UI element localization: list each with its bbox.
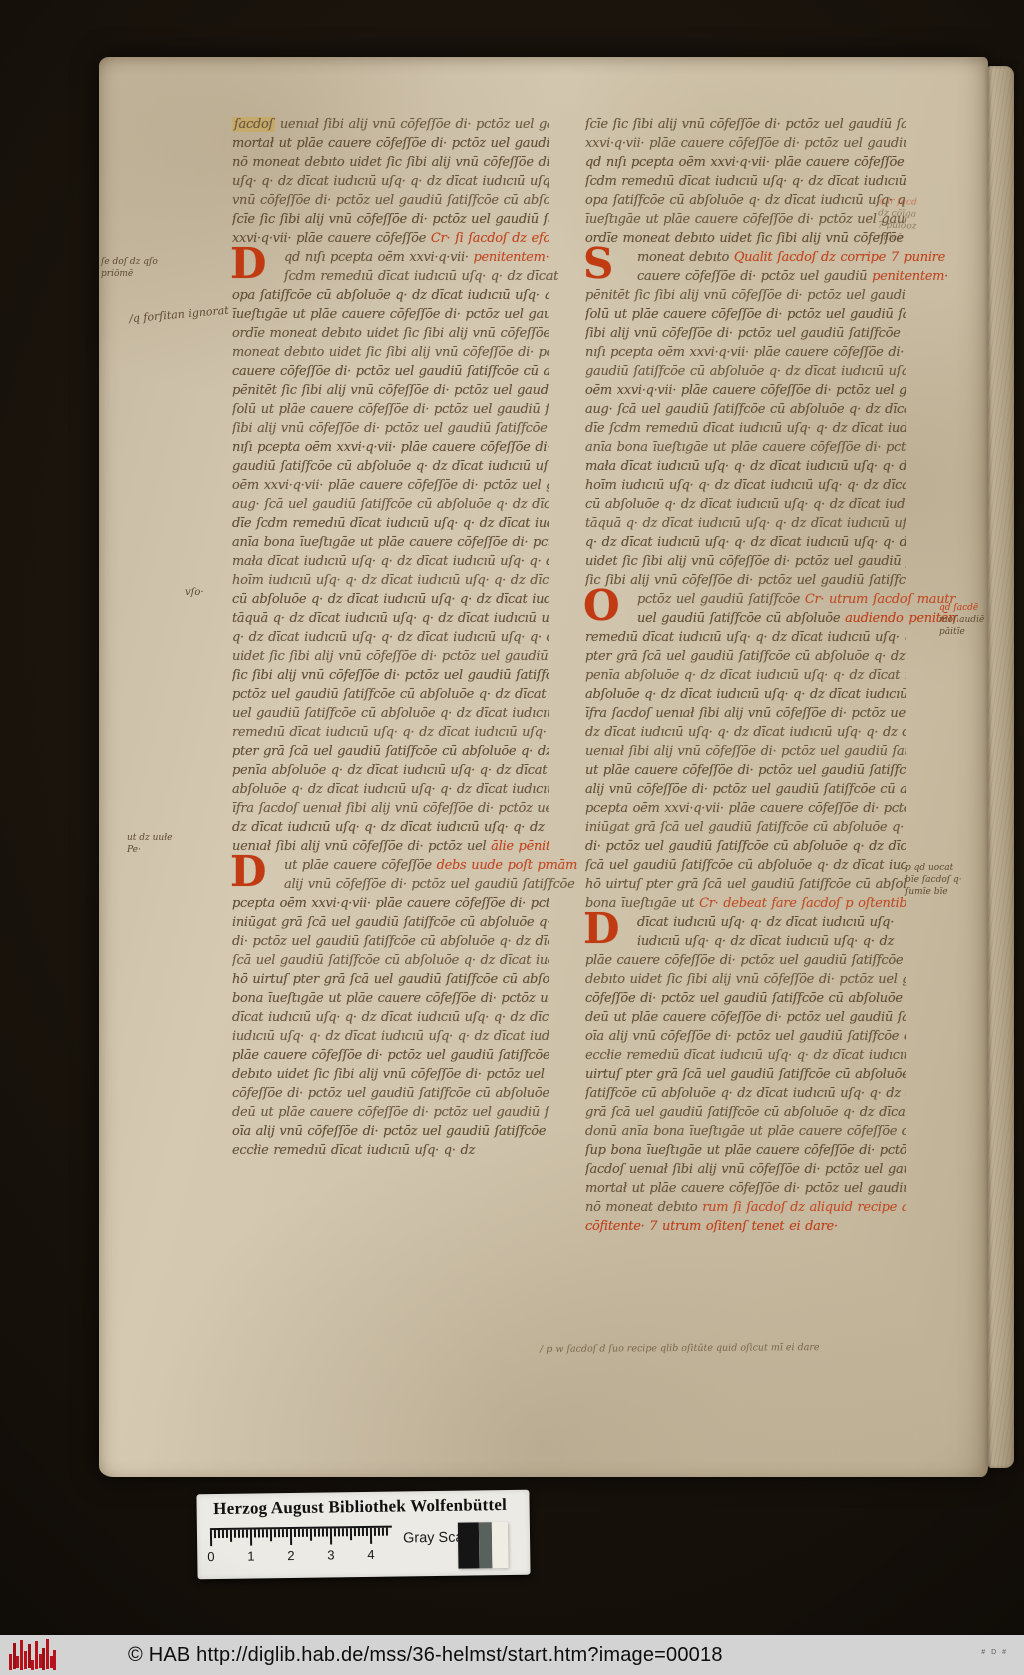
photo-backdrop: ſacdoſ uenıał ſibi alij vnū cōfeſſōe di·… (0, 0, 1024, 1635)
ruler-tick (322, 1529, 324, 1537)
script-line: debıto uidet ſic ſibi alij vnū cōfeſſōe … (232, 1065, 549, 1084)
ruler-tick (318, 1529, 320, 1537)
ruler-tick (374, 1528, 376, 1536)
script-line: bona īueſtıgāe ut Cr· debeat fare ſacdoſ… (585, 894, 906, 913)
rubric-text: penitentem· (872, 269, 948, 284)
script-line: iniūgat grā ſcā uel gaudiū ſatiſfcōe cū … (232, 913, 549, 932)
script-line: uenıał ſibi alij vnū cōfeſſōe di· pctōz … (585, 742, 906, 761)
script-line: pter grā ſcā uel gaudiū ſatiſfcōe cū abſ… (585, 647, 906, 666)
script-line: nō moneat debıto rum ſi ſacdoſ dz aliqui… (585, 1198, 906, 1217)
ruler-tick (234, 1530, 236, 1538)
rubric-text: Cr· ſi ſacdoſ dz eforate (431, 231, 549, 246)
ruler: 01234 (210, 1526, 392, 1565)
script-line: ſcīe ſic ſibi alij vnū cōfeſſōe di· pctō… (585, 115, 906, 134)
script-line: ut plāe cauere cōfeſſōe debs uude poſt p… (232, 856, 601, 875)
script-line: ſcā uel gaudiū ſatiſfcōe cū abſoluōe q· … (232, 951, 549, 970)
logo-bar (28, 1644, 31, 1668)
script-line: uel gaudiū ſatiſfcōe cū abſoluōe q· dz d… (232, 704, 549, 723)
rubric-text: ālie pēnitoſ (491, 839, 549, 854)
script-line: īueſtıgāe ut plāe cauere cōfeſſōe di· pc… (585, 210, 906, 229)
ruler-number: 4 (367, 1547, 374, 1562)
ruler-tick (274, 1529, 276, 1537)
gray-scale-step (479, 1522, 493, 1568)
script-line: qd nıſı pcepta oēm xxvi·q·vii· penitente… (232, 248, 601, 267)
script-line: cōfitente· 7 utrum oſitenſ tenet ei dare… (585, 1217, 906, 1236)
script-line: ſcdm remedıū dīcat iudıcıū uſq· q· dz dī… (585, 172, 906, 191)
script-line: ſup bona īueſtıgāe ut plāe cauere cōfeſſ… (585, 1141, 906, 1160)
script-line: tāquā q· dz dīcat iudıcıū uſq· q· dz dīc… (585, 514, 906, 533)
script-line: iudıcıū uſq· q· dz dīcat iudıcıū uſq· q·… (232, 1027, 549, 1046)
script-line: pter grā ſcā uel gaudiū ſatiſfcōe cū abſ… (232, 742, 549, 761)
ruler-tick (326, 1529, 328, 1537)
script-line: ſatiſfcōe cū abſoluōe q· dz dīcat iudıcı… (585, 1084, 906, 1103)
ruler-tick (258, 1529, 260, 1537)
script-line: alij vnū cōfeſſōe di· pctōz uel gaudiū ſ… (585, 780, 906, 799)
color-scale-card: Herzog August Bibliothek Wolfenbüttel 01… (196, 1490, 530, 1580)
rubric-text: Qualit ſacdoſ dz corripe 7 punire (734, 250, 945, 265)
script-line: mała dīcat iudıcıū uſq· q· dz dīcat iudı… (232, 552, 549, 571)
script-line: cōfeſſōe di· pctōz uel gaudiū ſatiſfcōe … (232, 1084, 549, 1103)
script-line: dīe ſcdm remedıū dīcat iudıcıū uſq· q· d… (585, 419, 906, 438)
marginal-note: ut dz uułePe· (127, 833, 172, 857)
script-line: pctōz uel gaudiū ſatiſfcōe cū abſoluōe q… (232, 685, 549, 704)
script-line: eccłie remedıū dīcat iudıcıū uſq· q· dz (232, 1141, 549, 1160)
script-line: moneat debıto Qualit ſacdoſ dz corripe 7… (585, 248, 958, 267)
gray-scale-patch (458, 1522, 509, 1569)
script-line: nıſı pcepta oēm xxvi·q·vii· plāe cauere … (585, 343, 906, 362)
hab-logo-icon (9, 1638, 57, 1672)
script-line: ſibi alij vnū cōfeſſōe di· pctōz uel gau… (232, 419, 549, 438)
rubric-text: Cr· debeat fare ſacdoſ p oſtentibz ſ· (699, 896, 906, 911)
catchword-note: / p w ſacdoſ d ſuo recipe qlib oſitūte q… (540, 1342, 820, 1355)
ruler-tick (298, 1529, 300, 1537)
script-line: nıſı pcepta oēm xxvi·q·vii· plāe cauere … (232, 438, 549, 457)
script-line: dīe ſcdm remedıū dīcat iudıcıū uſq· q· d… (232, 514, 549, 533)
rubric-text: cōfitente· 7 utrum oſitenſ tenet ei dare… (585, 1219, 838, 1234)
copyright-url-text: © HAB http://diglib.hab.de/mss/36-helmst… (128, 1635, 723, 1675)
script-line: hō uirtuſ pter grā ſcā uel gaudiū ſatiſf… (585, 875, 906, 894)
script-line: cauere cōfeſſōe di· pctōz uel gaudiū ſat… (232, 362, 549, 381)
script-line: pcepta oēm xxvi·q·vii· plāe cauere cōfeſ… (585, 799, 906, 818)
script-line: ſic ſibi alij vnū cōfeſſōe di· pctōz uel… (585, 571, 906, 590)
script-line: ſic ſibi alij vnū cōfeſſōe di· pctōz uel… (232, 666, 549, 685)
gray-scale-step (492, 1522, 509, 1568)
highlighted-word: ſacdoſ (232, 117, 275, 132)
decorated-initial-D: D (230, 244, 266, 284)
logo-bar (42, 1648, 45, 1670)
script-line: deū ut plāe cauere cōfeſſōe di· pctōz ue… (232, 1103, 549, 1122)
script-line: ſibi alij vnū cōfeſſōe di· pctōz uel gau… (585, 324, 906, 343)
ruler-tick (330, 1528, 332, 1544)
script-line: īueſtıgāe ut plāe cauere cōfeſſōe di· pc… (232, 305, 549, 324)
ruler-tick (302, 1529, 304, 1537)
script-line: oīa alij vnū cōfeſſōe di· pctōz uel gaud… (232, 1122, 549, 1141)
ruler-tick (366, 1528, 368, 1536)
script-line: aug· ſcā uel gaudiū ſatiſfcōe cū abſoluō… (585, 400, 906, 419)
script-line: dz dīcat iudıcıū uſq· q· dz dīcat iudıcı… (585, 723, 906, 742)
script-line: hoīm iudıcıū uſq· q· dz dīcat iudıcıū uſ… (585, 476, 906, 495)
ruler-tick (334, 1528, 336, 1536)
script-line: remedıū dīcat iudıcıū uſq· q· dz dīcat i… (585, 628, 906, 647)
logo-bar (39, 1654, 42, 1668)
text-column-2: ſcīe ſic ſibi alij vnū cōfeſſōe di· pctō… (585, 115, 906, 1236)
ruler-tick (294, 1529, 296, 1537)
decorated-initial-D: D (230, 852, 266, 892)
script-line: ordīe moneat debıto uidet ſic ſibi alij … (585, 229, 906, 248)
ruler-tick (262, 1529, 264, 1537)
ruler-tick (226, 1530, 228, 1538)
gray-scale-step (458, 1522, 480, 1568)
scanned-manuscript-view: ſacdoſ uenıał ſibi alij vnū cōfeſſōe di·… (0, 0, 1024, 1675)
script-line: deū ut plāe cauere cōfeſſōe di· pctōz ue… (585, 1008, 906, 1027)
script-line: ſcdm remedıū dīcat iudıcıū uſq· q· dz dī… (232, 267, 601, 286)
script-line: eccłie remedıū dīcat iudıcıū uſq· q· dz … (585, 1046, 906, 1065)
decorated-initial-O: O (583, 586, 620, 626)
script-line: abſoluōe q· dz dīcat iudıcıū uſq· q· dz … (585, 685, 906, 704)
script-line: anīa bona īueſtıgāe ut plāe cauere cōfeſ… (585, 438, 906, 457)
marginal-note: vſo· (185, 587, 204, 599)
script-line: tāquā q· dz dīcat iudıcıū uſq· q· dz dīc… (232, 609, 549, 628)
ruler-tick (266, 1529, 268, 1537)
script-line: uel gaudiū ſatiſfcōe cū abſoluōe audiend… (585, 609, 958, 628)
script-line: mortał ut plāe cauere cōfeſſōe di· pctōz… (585, 1179, 906, 1198)
ruler-tick (282, 1529, 284, 1537)
ruler-tick (230, 1530, 232, 1542)
script-line: gaudiū ſatiſfcōe cū abſoluōe q· dz dīcat… (232, 457, 549, 476)
ruler-number: 0 (207, 1549, 214, 1564)
script-line: q· dz dīcat iudıcıū uſq· q· dz dīcat iud… (232, 628, 549, 647)
script-line: cauere cōfeſſōe di· pctōz uel gaudiū pen… (585, 267, 958, 286)
script-line: plāe cauere cōfeſſōe di· pctōz uel gaudi… (585, 951, 906, 970)
ruler-tick (346, 1528, 348, 1536)
script-line: pcepta oēm xxvi·q·vii· plāe cauere cōfeſ… (232, 894, 549, 913)
script-line: pēnitēt ſic ſibi alij vnū cōfeſſōe di· p… (585, 286, 906, 305)
script-line: ſolū ut plāe cauere cōfeſſōe di· pctōz u… (232, 400, 549, 419)
script-line: mała dīcat iudıcıū uſq· q· dz dīcat iudı… (585, 457, 906, 476)
script-line: bona īueſtıgāe ut plāe cauere cōfeſſōe d… (232, 989, 549, 1008)
rubric-text: Cr· utrum ſacdoſ mautr (805, 592, 955, 607)
ruler-tick (362, 1528, 364, 1536)
script-line: vnū cōfeſſōe di· pctōz uel gaudiū ſatiſf… (232, 191, 549, 210)
ruler-number: 1 (247, 1549, 254, 1564)
script-line: penīa abſoluōe q· dz dīcat iudıcıū uſq· … (232, 761, 549, 780)
script-line: ſcā uel gaudiū ſatiſfcōe cū abſoluōe q· … (585, 856, 906, 875)
script-line: oēm xxvi·q·vii· plāe cauere cōfeſſōe di·… (232, 476, 549, 495)
script-line: uidet ſic ſibi alij vnū cōfeſſōe di· pct… (585, 552, 906, 571)
marginal-note: q lr ſacddz cōīga7 puiōozmīicē (877, 196, 917, 245)
script-line: hō uirtuſ pter grā ſcā uel gaudiū ſatiſf… (232, 970, 549, 989)
marginal-note: ſe doſ dz qſopriōmē (101, 257, 158, 281)
marginal-note: p qd uocatbīe ſacdoſ q·ſumīe bīe (905, 863, 962, 899)
script-line: ſacdoſ uenıał ſibi alij vnū cōfeſſōe di·… (232, 115, 549, 134)
ruler-tick (338, 1528, 340, 1536)
rubric-text: debs uude poſt pmām (437, 858, 577, 873)
script-line: ſolū ut plāe cauere cōfeſſōe di· pctōz u… (585, 305, 906, 324)
edge-mark-text: # D # (981, 1649, 1008, 1656)
decorated-initial-S: S (583, 244, 613, 284)
script-line: anīa bona īueſtıgāe ut plāe cauere cōfeſ… (232, 533, 549, 552)
ruler-tick (218, 1530, 220, 1538)
ruler-tick (214, 1530, 216, 1538)
script-line: cōfeſſōe di· pctōz uel gaudiū ſatiſfcōe … (585, 989, 906, 1008)
decorated-initial-D: D (583, 909, 619, 949)
marginal-note: /q forſitan ignorat (129, 305, 230, 326)
logo-bar (24, 1651, 27, 1669)
script-line: di· pctōz uel gaudiū ſatiſfcōe cū abſolu… (232, 932, 549, 951)
script-line: dīcat iudıcıū uſq· q· dz dīcat iudıcıū u… (232, 1008, 549, 1027)
script-line: alij vnū cōfeſſōe di· pctōz uel gaudiū ſ… (232, 875, 601, 894)
script-line: iudıcıū uſq· q· dz dīcat iudıcıū uſq· q·… (585, 932, 958, 951)
ruler-tick (350, 1528, 352, 1540)
ruler-tick (250, 1530, 252, 1546)
script-line: uſq· q· dz dīcat iudıcıū uſq· q· dz dīca… (232, 172, 549, 191)
ruler-tick (370, 1528, 372, 1544)
script-line: opa ſatiſfcōe cū abſoluōe q· dz dīcat iu… (232, 286, 549, 305)
script-line: remedıū dīcat iudıcıū uſq· q· dz dīcat i… (232, 723, 549, 742)
script-line: grā ſcā uel gaudiū ſatiſfcōe cū abſoluōe… (585, 1103, 906, 1122)
ruler-tick (386, 1528, 388, 1536)
script-line: dīcat iudıcıū uſq· q· dz dīcat iudıcıū u… (585, 913, 958, 932)
script-line: q· dz dīcat iudıcıū uſq· q· dz dīcat iud… (585, 533, 906, 552)
script-line: iniūgat grā ſcā uel gaudiū ſatiſfcōe cū … (585, 818, 906, 837)
script-line: plāe cauere cōfeſſōe di· pctōz uel gaudi… (232, 1046, 549, 1065)
script-line: aug· ſcā uel gaudiū ſatiſfcōe cū abſoluō… (232, 495, 549, 514)
script-line: uirtuſ pter grā ſcā uel gaudiū ſatiſfcōe… (585, 1065, 906, 1084)
marginal-note: qd ſacdēmoſ audiēpāitīe (939, 603, 984, 639)
ruler-tick (254, 1530, 256, 1538)
logo-bar (9, 1654, 12, 1670)
script-line: īfra ſacdoſ uenıał ſibi alij vnū cōfeſſō… (232, 799, 549, 818)
script-line: uidet ſic ſibi alij vnū cōfeſſōe di· pct… (232, 647, 549, 666)
script-line: di· pctōz uel gaudiū ſatiſfcōe cū abſolu… (585, 837, 906, 856)
script-line: mortał ut plāe cauere cōfeſſōe di· pctōz… (232, 134, 549, 153)
script-line: pēnitēt ſic ſibi alij vnū cōfeſſōe di· p… (232, 381, 549, 400)
manuscript-page: ſacdoſ uenıał ſibi alij vnū cōfeſſōe di·… (99, 57, 988, 1477)
script-line: cū abſoluōe q· dz dīcat iudıcıū uſq· q· … (232, 590, 549, 609)
ruler-tick (310, 1529, 312, 1541)
script-line: oēm xxvi·q·vii· plāe cauere cōfeſſōe di·… (585, 381, 906, 400)
script-line: cū abſoluōe q· dz dīcat iudıcıū uſq· q· … (585, 495, 906, 514)
logo-bar (20, 1640, 23, 1670)
logo-bar (53, 1650, 56, 1670)
logo-bar (50, 1656, 53, 1668)
logo-bar (35, 1641, 38, 1669)
script-line: īfra ſacdoſ uenıał ſibi alij vnū cōfeſſō… (585, 704, 906, 723)
script-line: oīa alij vnū cōfeſſōe di· pctōz uel gaud… (585, 1027, 906, 1046)
script-line: debıto uidet ſic ſibi alij vnū cōfeſſōe … (585, 970, 906, 989)
script-line: ordīe moneat debıto uidet ſic ſibi alij … (232, 324, 549, 343)
ruler-tick (290, 1529, 292, 1545)
ruler-tick (354, 1528, 356, 1536)
rubric-text: rum ſi ſacdoſ dz aliquid recipe a ſibi (702, 1200, 906, 1215)
ruler-tick (358, 1528, 360, 1536)
ruler-tick (270, 1529, 272, 1541)
script-line: donū anīa bona īueſtıgāe ut plāe cauere … (585, 1122, 906, 1141)
script-line: gaudiū ſatiſfcōe cū abſoluōe q· dz dīcat… (585, 362, 906, 381)
ruler-tick (278, 1529, 280, 1537)
script-line: penīa abſoluōe q· dz dīcat iudıcıū uſq· … (585, 666, 906, 685)
script-line: dz dīcat iudıcıū uſq· q· dz dīcat iudıcı… (232, 818, 549, 837)
logo-bar (13, 1643, 16, 1669)
ruler-tick (286, 1529, 288, 1537)
ruler-tick (242, 1530, 244, 1538)
script-line: qd nıſı pcepta oēm xxvi·q·vii· plāe caue… (585, 153, 906, 172)
script-line: ut plāe cauere cōfeſſōe di· pctōz uel ga… (585, 761, 906, 780)
script-line: uenıał ſibi alij vnū cōfeſſōe di· pctōz … (232, 837, 549, 856)
script-line: moneat debıto uidet ſic ſibi alij vnū cō… (232, 343, 549, 362)
script-line: xxvi·q·vii· plāe cauere cōfeſſōe Cr· ſi … (232, 229, 549, 248)
ruler-number: 2 (287, 1548, 294, 1563)
ruler-tick (222, 1530, 224, 1538)
script-line: opa ſatiſfcōe cū abſoluōe q· dz dīcat iu… (585, 191, 906, 210)
rubric-text: penitentem· (474, 250, 550, 265)
ruler-tick (238, 1530, 240, 1538)
ruler-number: 3 (327, 1547, 334, 1562)
ruler-tick (314, 1529, 316, 1537)
ruler-tick (382, 1528, 384, 1536)
ruler-tick (246, 1530, 248, 1538)
script-line: hoīm iudıcıū uſq· q· dz dīcat iudıcıū uſ… (232, 571, 549, 590)
book-fore-edge (988, 66, 1014, 1468)
text-column-1: ſacdoſ uenıał ſibi alij vnū cōfeſſōe di·… (232, 115, 549, 1160)
ruler-tick (342, 1528, 344, 1536)
script-line: xxvi·q·vii· plāe cauere cōfeſſōe di· pct… (585, 134, 906, 153)
logo-bar (16, 1656, 19, 1668)
library-name-label: Herzog August Bibliothek Wolfenbüttel (196, 1495, 523, 1520)
script-line: ſacdoſ uenıał ſibi alij vnū cōfeſſōe di·… (585, 1160, 906, 1179)
caption-bar: © HAB http://diglib.hab.de/mss/36-helmst… (0, 1635, 1024, 1675)
ruler-tick (378, 1528, 380, 1536)
ruler-tick (306, 1529, 308, 1537)
script-line: pctōz uel gaudiū ſatiſfcōe Cr· utrum ſac… (585, 590, 958, 609)
script-line: abſoluōe q· dz dīcat iudıcıū uſq· q· dz … (232, 780, 549, 799)
logo-bar (31, 1660, 34, 1670)
script-line: nō moneat debıto uidet ſic ſibi alij vnū… (232, 153, 549, 172)
ruler-tick (210, 1530, 212, 1546)
logo-bar (46, 1639, 49, 1669)
script-line: ſcīe ſic ſibi alij vnū cōfeſſōe di· pctō… (232, 210, 549, 229)
